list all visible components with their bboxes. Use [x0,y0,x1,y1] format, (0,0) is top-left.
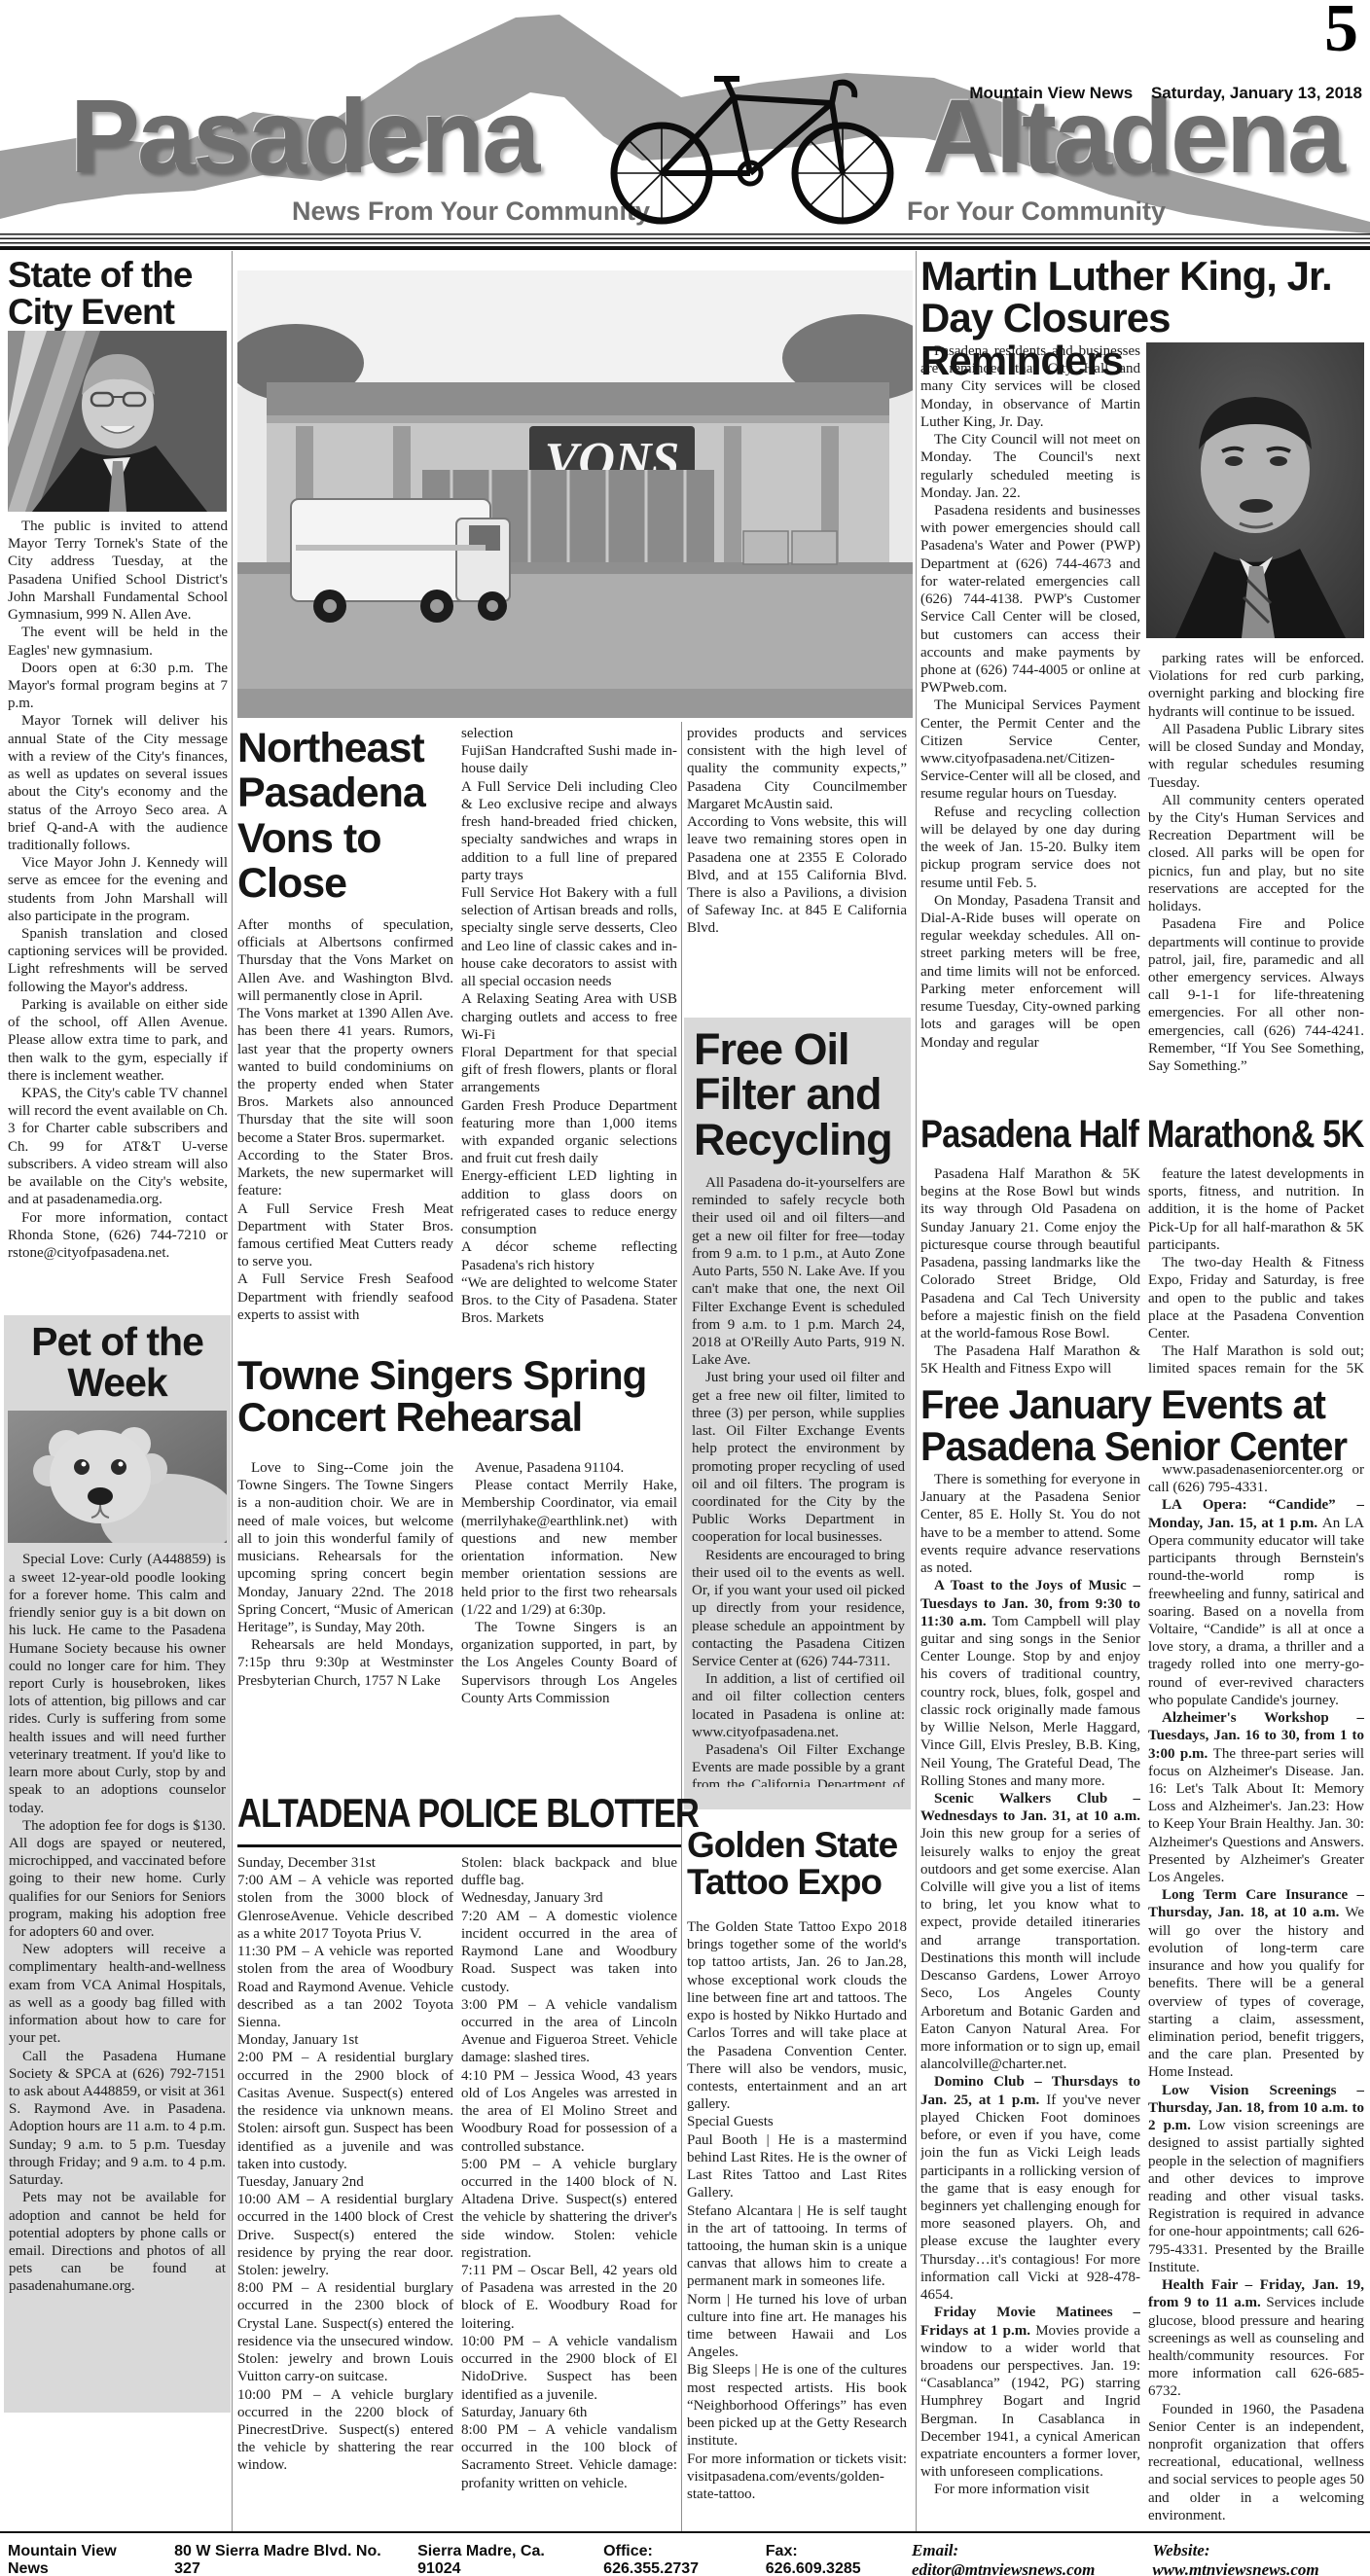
paragraph: 2:00 PM – A residential burglary occurre… [237,2049,453,2173]
paragraph: The public is invited to attend Mayor Te… [8,518,228,624]
article-vons-col3: provides products and services consisten… [687,725,907,1013]
paragraph: Garden Fresh Produce Department featurin… [461,1097,677,1168]
paragraph: 7:20 AM – A domestic violence incident o… [461,1908,677,1996]
paragraph: selection [461,725,677,742]
paragraph: KPAS, the City's cable TV channel will r… [8,1085,228,1209]
paragraph: 10:00 PM – A vehicle burglary occurred i… [237,2386,453,2475]
paragraph: 4:10 PM – Jessica Wood, 43 years old of … [461,2067,677,2156]
footer-email: Email: editor@mtnviewsnews.com [912,2541,1127,2576]
headline-towne-singers: Towne Singers Spring Concert Rehearsal [237,1354,681,1439]
article-tattoo: The Golden State Tattoo Expo 2018 brings… [687,1918,907,2531]
pet-of-week-section: Pet of the Week Special Love: Curly (A44… [4,1315,231,2413]
paragraph: Special Love: Curly (A448859) is a sweet… [9,1551,226,1816]
masthead: Mountain View News Saturday, January 13,… [955,84,1362,103]
paragraph: Saturday, January 6th [461,2404,677,2421]
paragraph: 7:00 AM – A vehicle was reported stolen … [237,1872,453,1943]
paragraph: There is something for everyone in Janua… [920,1471,1140,1577]
senior-title-line1: Free January Events at [920,1383,1325,1425]
paragraph: Paul Booth | He is a mastermind behind L… [687,2131,907,2202]
paragraph: 11:30 PM – A vehicle was reported stolen… [237,1943,453,2031]
paragraph: A Relaxing Seating Area with USB chargin… [461,990,677,1044]
headline-state-of-city: State of the City Event [8,257,230,331]
paragraph: The City Council will not meet on Monday… [920,431,1140,502]
footer-website: Website: www.mtnviewsnews.com [1152,2541,1362,2576]
paragraph: The two-day Health & Fitness Expo, Frida… [1148,1254,1364,1342]
paragraph: Parking is available on either side of t… [8,996,228,1085]
paragraph: Pasadena residents and businesses with p… [920,502,1140,697]
paragraph: The Half Marathon is sold out; limited s… [1148,1342,1364,1379]
mayor-photo [8,331,227,512]
page-number: 5 [1324,0,1358,68]
paragraph: The Towne Singers is an organization sup… [461,1619,677,1707]
headline-vons: Northeast Pasadena Vons to Close [237,726,457,907]
paragraph: Domino Club – Thursdays to Jan. 25, at 1… [920,2073,1140,2304]
paragraph: According to Vons website, this will lea… [687,813,907,938]
column-rule-left [232,251,233,2531]
banner-tagline-right: For Your Community [907,197,1166,227]
paragraph: The Vons market at 1390 Allen Ave. has b… [237,1005,453,1147]
article-marathon-col2: feature the latest developments in sport… [1148,1165,1364,1379]
paragraph: 8:00 PM – A vehicle vandalism occurred i… [461,2421,677,2492]
article-blotter-col1: Sunday, December 31st7:00 AM – A vehicle… [237,1854,453,2531]
paragraph: “We are delighted to welcome Stater Bros… [461,1274,677,1328]
paragraph: Please contact Merrily Hake, Membership … [461,1477,677,1619]
headline-police-blotter: ALTADENA POLICE BLOTTER [237,1792,681,1834]
paragraph: 8:00 PM – A residential burglary occurre… [237,2279,453,2385]
banner-divider-rule [0,233,1370,250]
masthead-edition: Mountain View News [969,84,1133,102]
banner: Pasadena Altadena News From Your Communi… [0,0,1370,233]
paragraph: Full Service Hot Bakery with a full sele… [461,884,677,990]
footer-fax: Fax: 626.609.3285 [766,2543,886,2576]
paragraph: Pasadena residents and businesses are re… [920,342,1140,431]
police-blotter-rule [237,1844,681,1847]
paragraph: Energy-efficient LED lighting in additio… [461,1167,677,1238]
paragraph: For more information or tickets visit: v… [687,2451,907,2504]
article-senior-col2: www.pasadenaseniorcenter.org or call (62… [1148,1461,1364,2531]
paragraph: New adopters will receive a complimentar… [9,1941,226,2047]
paragraph: According to the Stater Bros. Markets, t… [237,1147,453,1200]
paragraph: Pasadena Half Marathon & 5K begins at th… [920,1165,1140,1342]
article-senior-col1: There is something for everyone in Janua… [920,1471,1140,2531]
headline-pet-of-week: Pet of the Week [4,1315,231,1411]
paragraph: Avenue, Pasadena 91104. [461,1459,677,1477]
paragraph: www.pasadenaseniorcenter.org or call (62… [1148,1461,1364,1496]
article-pet-of-week: Special Love: Curly (A448859) is a sweet… [4,1543,231,2387]
column-rule-right [916,251,917,2531]
paragraph: feature the latest developments in sport… [1148,1165,1364,1254]
paragraph: Sunday, December 31st [237,1854,453,1872]
free-oil-section: Free Oil Filter and Recycling All Pasade… [684,1018,911,1809]
paragraph: After months of speculation, officials a… [237,916,453,1005]
paragraph: LA Opera: “Candide” – Monday, Jan. 15, a… [1148,1496,1364,1709]
article-vons-col1: After months of speculation, officials a… [237,916,453,1346]
headline-free-oil: Free Oil Filter and Recycling [684,1018,911,1172]
paragraph: Rehearsals are held Mondays, 7:15p thru … [237,1636,453,1690]
paragraph: Alzheimer's Workshop – Tuesdays, Jan. 16… [1148,1709,1364,1886]
paragraph: All community centers operated by the Ci… [1148,792,1364,916]
mlk-title-line1: Martin Luther King, Jr. [920,255,1370,297]
banner-title-pasadena: Pasadena [70,84,537,189]
paragraph: Monday, January 1st [237,2031,453,2049]
paragraph: A Toast to the Joys of Music – Tuesdays … [920,1577,1140,1790]
marathon-title-text: Pasadena Half Marathon& 5K [920,1115,1364,1155]
headline-senior-center: Free January Events at Pasadena Senior C… [920,1383,1370,1468]
paragraph: A Full Service Deli including Cleo & Leo… [461,778,677,884]
paragraph: Stefano Alcantara | He is self taught in… [687,2202,907,2291]
paragraph: Doors open at 6:30 p.m. The Mayor's form… [8,660,228,713]
paragraph: Low Vision Screenings – Thursday, Jan. 1… [1148,2082,1364,2276]
article-mlk-col1: Pasadena residents and businesses are re… [920,342,1140,1109]
paragraph: The Municipal Services Payment Center, t… [920,697,1140,803]
paragraph: 3:00 PM – A vehicle vandalism occurred i… [461,1996,677,2067]
paragraph: Pasadena's Oil Filter Exchange Events ar… [692,1741,905,1787]
footer-office-phone: Office: 626.355.2737 [603,2543,740,2576]
paragraph: A Full Service Fresh Meat Department wit… [237,1200,453,1271]
newspaper-page: { "colors": { "section_bg": "#d9d9d9", "… [0,0,1370,2576]
article-towne-col2: Avenue, Pasadena 91104.Please contact Me… [461,1459,677,1784]
paragraph: Pasadena Fire and Police departments wil… [1148,915,1364,1075]
paragraph: A décor scheme reflecting Pasadena's ric… [461,1238,677,1273]
paragraph: On Monday, Pasadena Transit and Dial-A-R… [920,892,1140,1052]
paragraph: Spanish translation and closed captionin… [8,925,228,996]
paragraph: For more information, contact Rhonda Sto… [8,1209,228,1263]
paragraph: In addition, a list of certified oil and… [692,1670,905,1741]
paragraph: All Pasadena Public Library sites will b… [1148,721,1364,792]
paragraph: Wednesday, January 3rd [461,1889,677,1907]
paragraph: Pets may not be available for adoption a… [9,2189,226,2295]
paragraph: 10:00 PM – A vehicle vandalism occurred … [461,2333,677,2404]
paragraph: Stolen: black backpack and blue duffle b… [461,1854,677,1889]
mlk-photo [1146,342,1364,638]
article-marathon-col1: Pasadena Half Marathon & 5K begins at th… [920,1165,1140,1379]
paragraph: Health Fair – Friday, Jan. 19, from 9 to… [1148,2276,1364,2401]
police-blotter-title-text: ALTADENA POLICE BLOTTER [237,1792,699,1834]
paragraph: The Pasadena Half Marathon & 5K Health a… [920,1342,1140,1377]
paragraph: 5:00 PM – A vehicle burglary occurred in… [461,2156,677,2262]
article-blotter-col2: Stolen: black backpack and blue duffle b… [461,1854,677,2531]
column-rule-mid [681,722,682,2531]
paragraph: Call the Pasadena Humane Society & SPCA … [9,2048,226,2190]
bicycle-icon [592,47,913,227]
paragraph: Norm | He turned his love of urban cultu… [687,2291,907,2362]
article-free-oil: All Pasadena do-it-yourselfers are remin… [684,1172,911,1787]
paragraph: Mayor Tornek will deliver his annual Sta… [8,712,228,854]
article-towne-col1: Love to Sing--Come join the Towne Singer… [237,1459,453,1784]
paragraph: 7:11 PM – Oscar Bell, 42 years old of Pa… [461,2262,677,2333]
paragraph: Long Term Care Insurance – Thursday, Jan… [1148,1886,1364,2081]
paragraph: Floral Department for that special gift … [461,1044,677,1097]
paragraph: Founded in 1960, the Pasadena Senior Cen… [1148,2401,1364,2525]
paragraph: parking rates will be enforced. Violatio… [1148,650,1364,721]
footer-address: 80 W Sierra Madre Blvd. No. 327 [174,2543,392,2576]
paragraph: Residents are encouraged to bring their … [692,1547,905,1671]
headline-tattoo: Golden State Tattoo Expo [687,1827,911,1901]
paragraph: For more information visit [920,2481,1140,2498]
paragraph: provides products and services consisten… [687,725,907,813]
footer-city: Sierra Madre, Ca. 91024 [417,2543,578,2576]
paragraph: Just bring your used oil filter and get … [692,1369,905,1546]
article-mlk-col2: parking rates will be enforced. Violatio… [1148,650,1364,1109]
paragraph: Refuse and recycling collection will be … [920,804,1140,892]
dog-photo [8,1411,227,1543]
paragraph: Scenic Walkers Club – Wednesdays to Jan.… [920,1790,1140,2074]
paragraph: 10:00 AM – A residential burglary occurr… [237,2191,453,2279]
paragraph: The adoption fee for dogs is $130. All d… [9,1817,226,1942]
paragraph: A Full Service Fresh Seafood Department … [237,1270,453,1324]
paragraph: Big Sleeps | He is one of the cultures m… [687,2361,907,2450]
footer-paper-name: Mountain View News [8,2543,149,2576]
paragraph: Love to Sing--Come join the Towne Singer… [237,1459,453,1636]
article-state-of-city: The public is invited to attend Mayor Te… [8,518,228,1313]
vons-store-photo: VONS [237,270,913,718]
masthead-date: Saturday, January 13, 2018 [1151,84,1362,102]
paragraph: Friday Movie Matinees – Fridays at 1 p.m… [920,2304,1140,2481]
article-vons-col2: selectionFujiSan Handcrafted Sushi made … [461,725,677,1347]
paragraph: All Pasadena do-it-yourselfers are remin… [692,1174,905,1369]
paragraph: Vice Mayor John J. Kennedy will serve as… [8,854,228,925]
paragraph: The event will be held in the Eagles' ne… [8,624,228,659]
paragraph: FujiSan Handcrafted Sushi made in-house … [461,742,677,777]
paragraph: The Golden State Tattoo Expo 2018 brings… [687,1918,907,2113]
footer: Mountain View News 80 W Sierra Madre Blv… [0,2531,1370,2576]
paragraph: Special Guests [687,2113,907,2130]
paragraph: Tuesday, January 2nd [237,2173,453,2191]
headline-marathon: Pasadena Half Marathon& 5K [920,1115,1368,1155]
